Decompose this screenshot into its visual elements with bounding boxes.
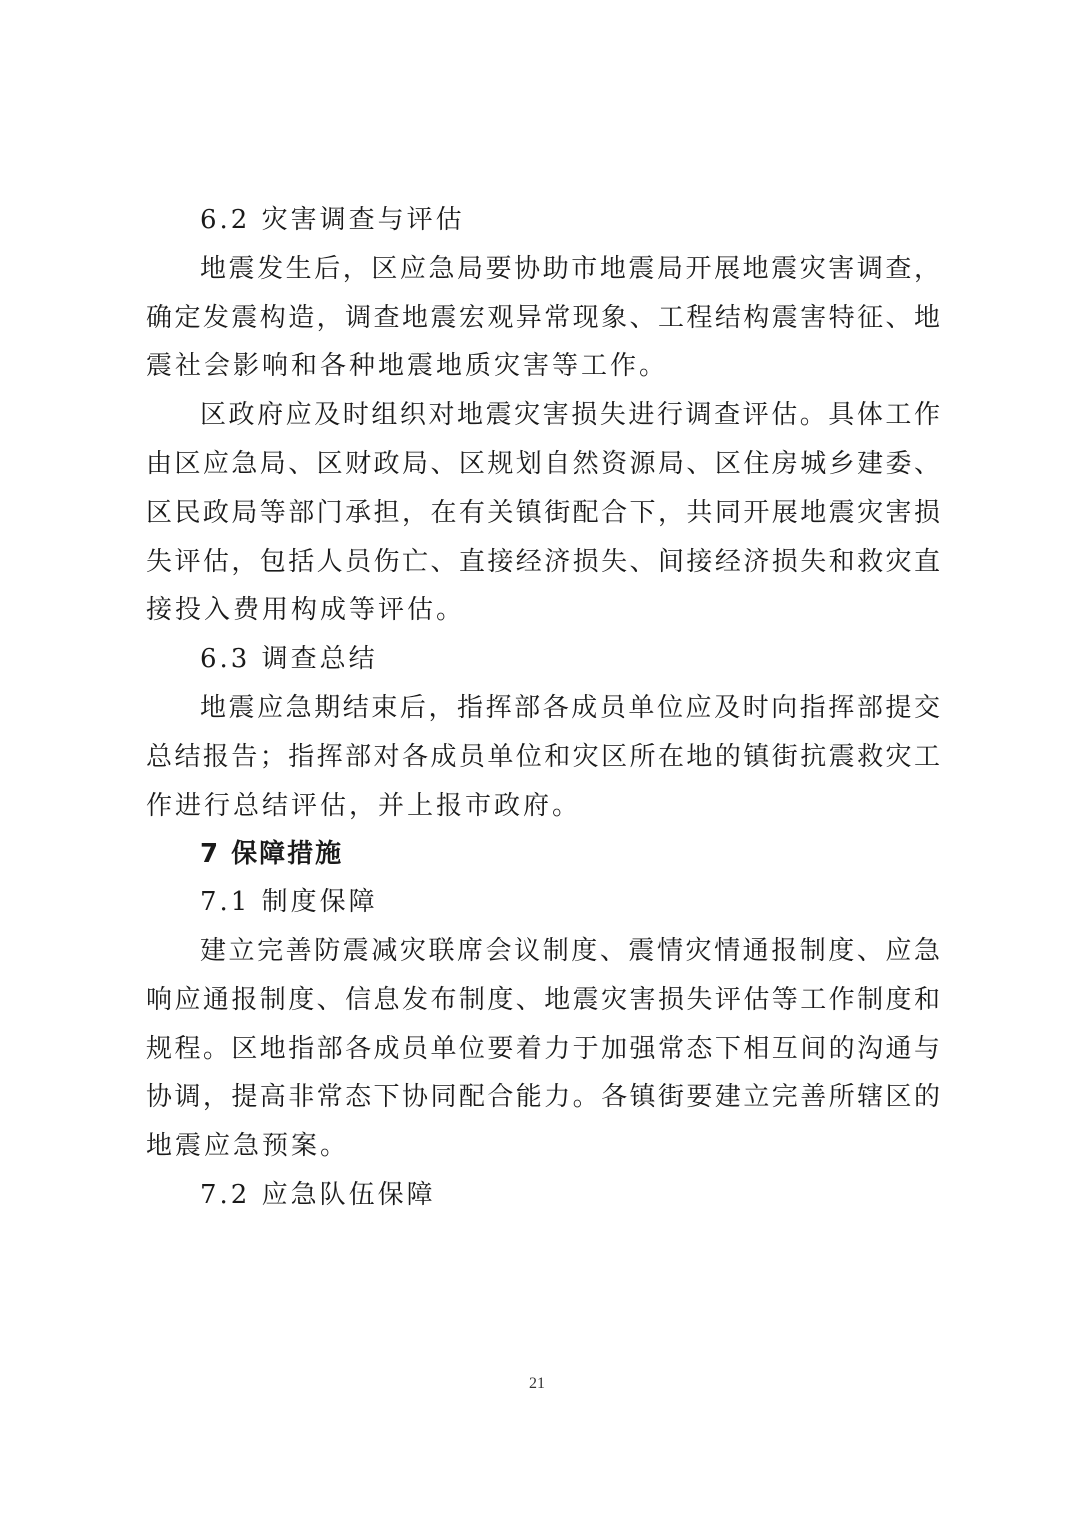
paragraph-line: 震社会影响和各种地震地质灾害等工作。 [146,350,940,382]
heading-6-3: 6.3 调查总结 [200,643,940,675]
paragraph-line: 区政府应及时组织对地震灾害损失进行调查评估。具体工作 [200,399,940,431]
page-number: 21 [0,1375,1074,1393]
document-page: 6.2 灾害调查与评估 地震发生后，区应急局要协助市地震局开展地震灾害调查， 确… [0,0,1074,1520]
paragraph-line: 总结报告；指挥部对各成员单位和灾区所在地的镇街抗震救灾工 [146,741,940,773]
heading-7-2: 7.2 应急队伍保障 [200,1179,940,1211]
paragraph-line: 响应通报制度、信息发布制度、地震灾害损失评估等工作制度和 [146,984,940,1016]
paragraph-line: 地震发生后，区应急局要协助市地震局开展地震灾害调查， [200,253,940,285]
paragraph-line: 地震应急期结束后，指挥部各成员单位应及时向指挥部提交 [200,692,940,724]
paragraph-line: 由区应急局、区财政局、区规划自然资源局、区住房城乡建委、 [146,448,940,480]
paragraph-line: 地震应急预案。 [146,1130,940,1162]
paragraph-line: 确定发震构造，调查地震宏观异常现象、工程结构震害特征、地 [146,302,940,334]
heading-7-1: 7.1 制度保障 [200,886,940,918]
heading-7: 7 保障措施 [200,838,940,870]
paragraph-line: 失评估，包括人员伤亡、直接经济损失、间接经济损失和救灾直 [146,546,940,578]
heading-6-2: 6.2 灾害调查与评估 [200,204,940,236]
paragraph-line: 接投入费用构成等评估。 [146,594,940,626]
paragraph-line: 规程。区地指部各成员单位要着力于加强常态下相互间的沟通与 [146,1033,940,1065]
paragraph-line: 协调，提高非常态下协同配合能力。各镇街要建立完善所辖区的 [146,1081,940,1113]
paragraph-line: 建立完善防震减灾联席会议制度、震情灾情通报制度、应急 [200,935,940,967]
paragraph-line: 区民政局等部门承担，在有关镇街配合下，共同开展地震灾害损 [146,497,940,529]
paragraph-line: 作进行总结评估，并上报市政府。 [146,790,940,822]
